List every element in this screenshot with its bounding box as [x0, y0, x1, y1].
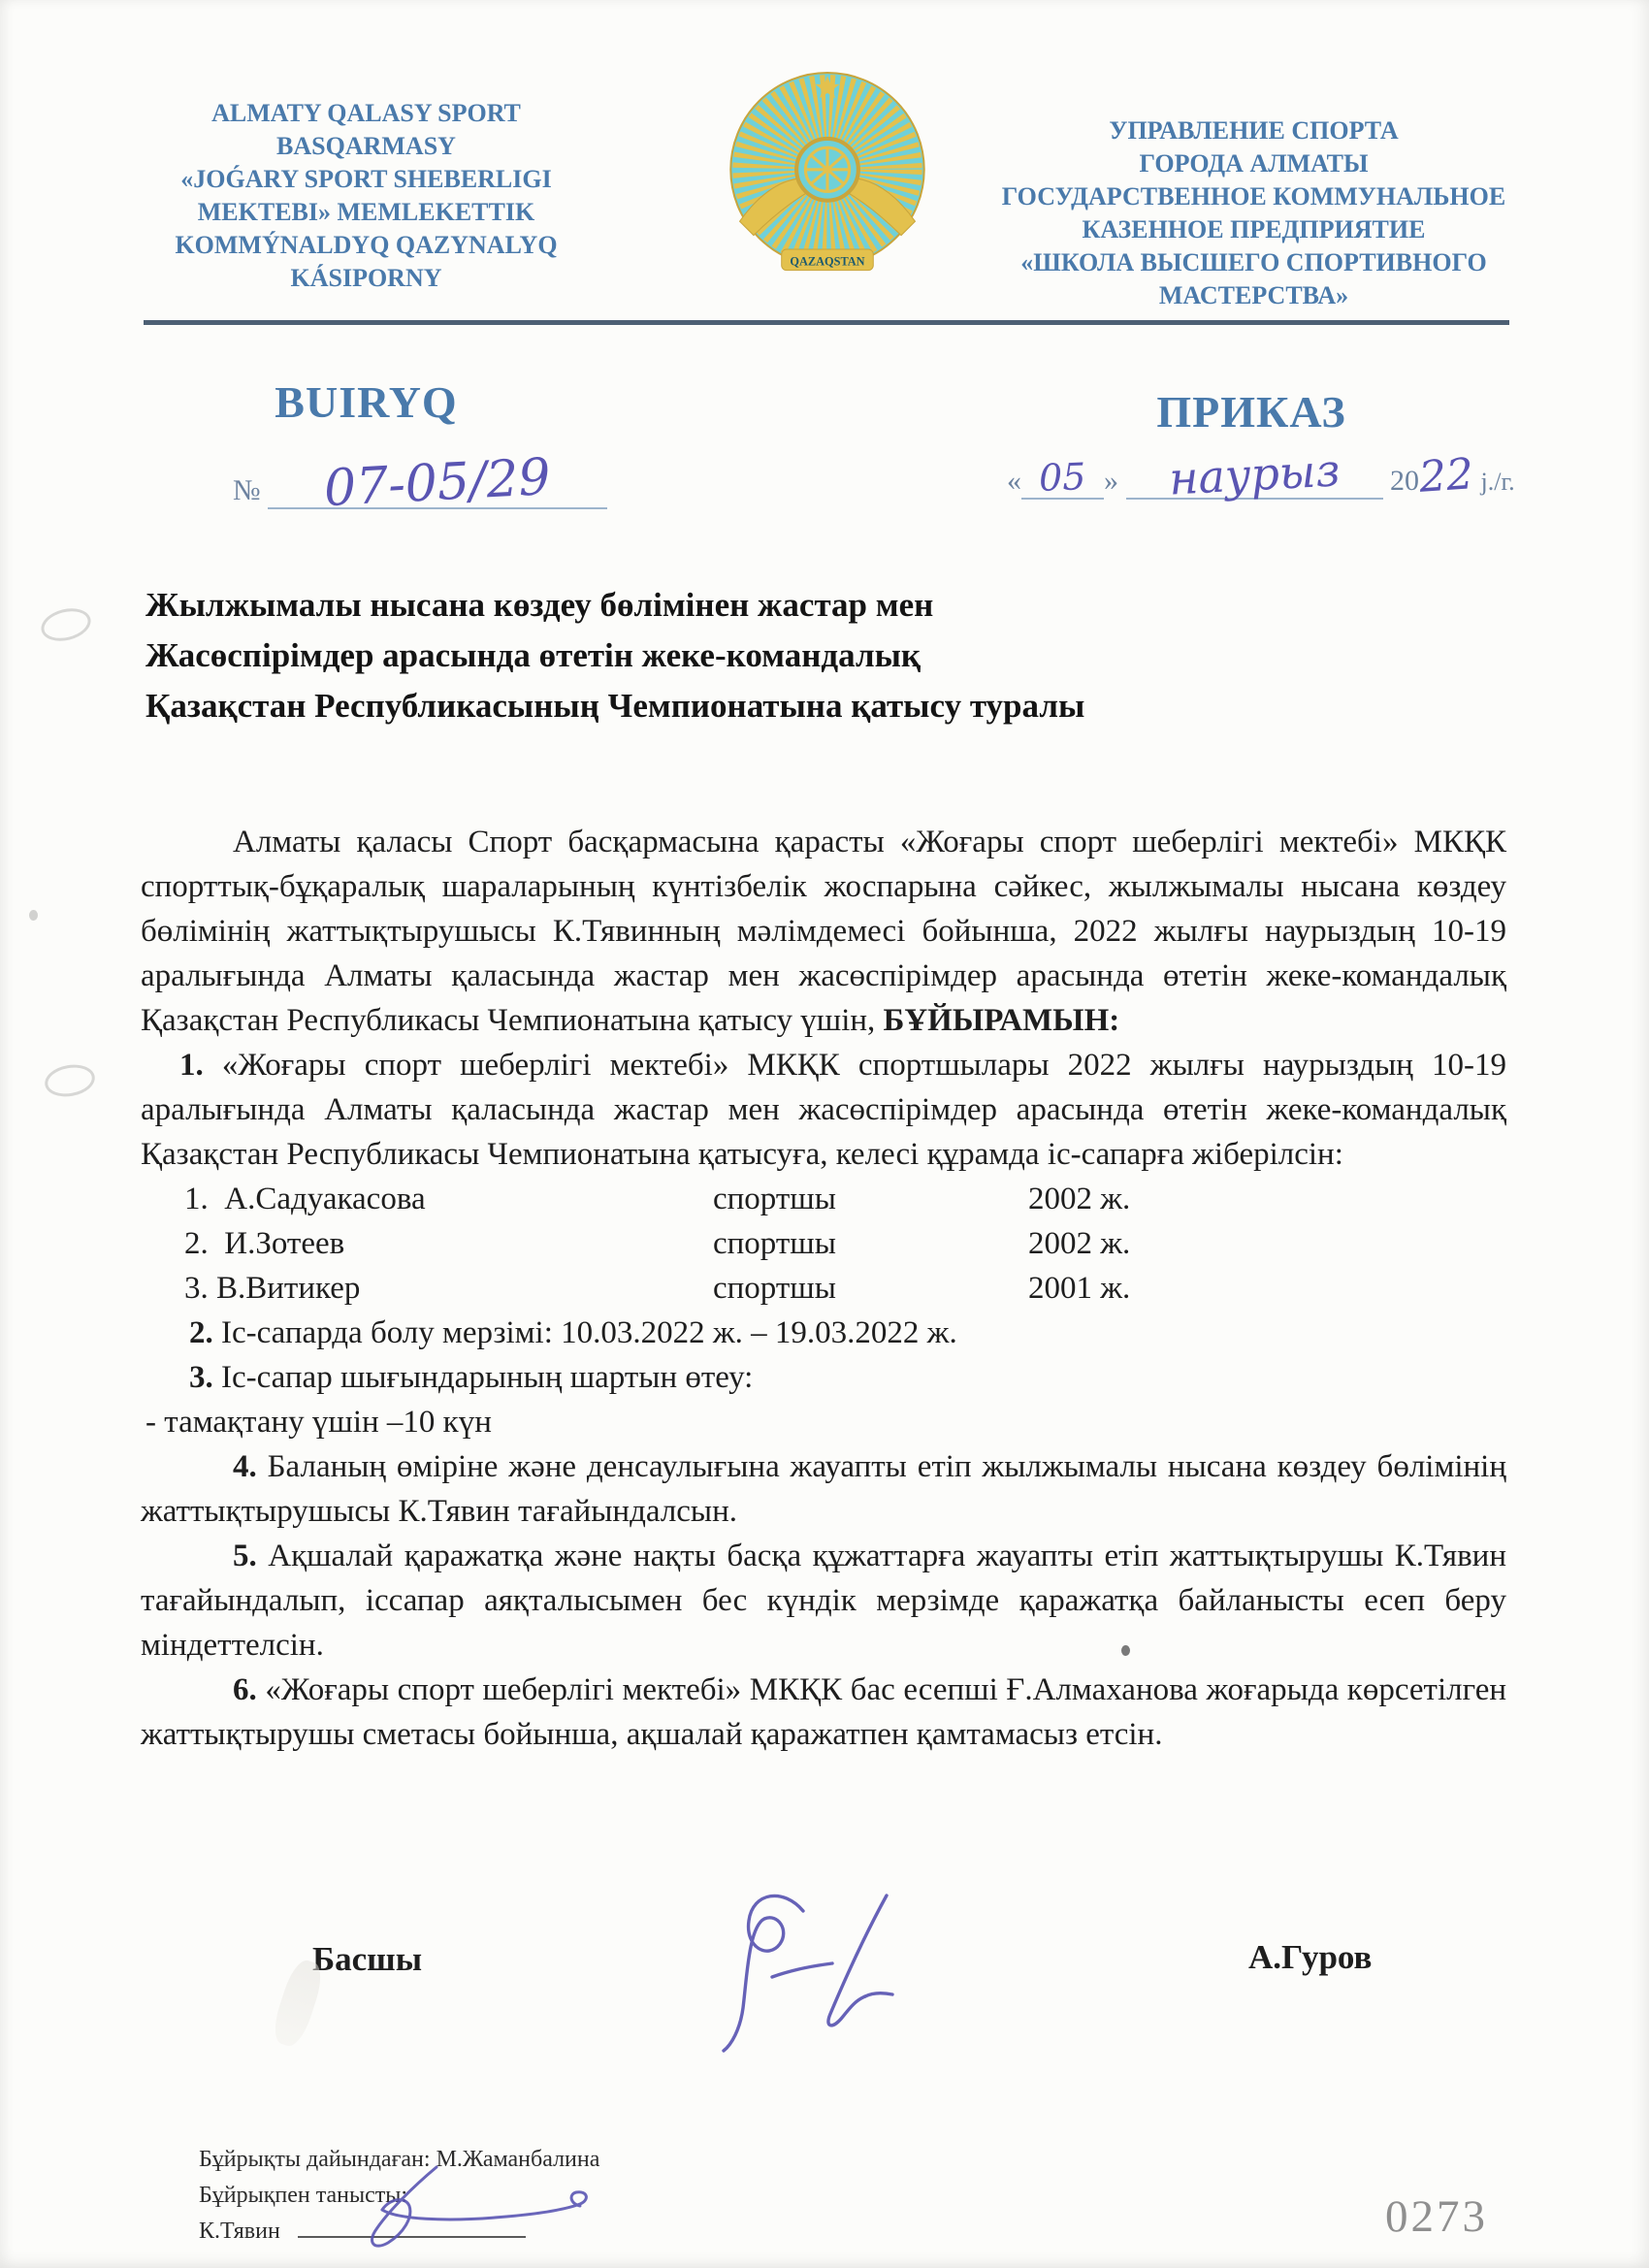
- item-text: «Жоғары спорт шеберлігі мектебі» МКҚК ба…: [141, 1672, 1506, 1752]
- item-1: 1. «Жоғары спорт шеберлігі мектебі» МКҚК…: [141, 1043, 1506, 1177]
- org-right-line: КАЗЕННОЕ ПРЕДПРИЯТИЕ: [975, 213, 1533, 246]
- year-prefix: 20: [1390, 465, 1419, 497]
- preamble-text: Алматы қаласы Спорт басқармасына қарасты…: [141, 825, 1506, 1038]
- director-signature: [679, 1884, 941, 2063]
- org-left-line: KOMMÝNALDYQ QAZYNALYQ: [145, 229, 587, 262]
- number-sign: №: [233, 474, 261, 506]
- item-2: 2. Іс-сапарда болу мерзімі: 10.03.2022 ж…: [141, 1311, 1506, 1355]
- org-name-kazakh: ALMATY QALASY SPORT BASQARMASY «JOǴARY S…: [145, 97, 587, 295]
- item-text: Баланың өміріне және денсаулығына жауапт…: [141, 1449, 1506, 1529]
- athlete-name: 1. А.Садуакасова: [184, 1177, 713, 1221]
- athlete-row: 1. А.Садуакасова спортшы 2002 ж.: [184, 1177, 1506, 1221]
- item-3: 3. Іс-сапар шығындарының шартын өтеу:: [141, 1355, 1506, 1400]
- item-5: 5. Ақшалай қаражатқа және нақты басқа құ…: [141, 1534, 1506, 1668]
- order-number-line: № 07-05/29: [233, 454, 607, 509]
- day-field: 05: [1021, 456, 1104, 500]
- preamble-paragraph: Алматы қаласы Спорт басқармасына қарасты…: [141, 820, 1506, 1043]
- athlete-year: 2002 ж.: [1028, 1221, 1130, 1266]
- subject-line: Жылжымалы нысана көздеу бөлімінен жастар…: [145, 580, 1164, 631]
- item-number: 5.: [233, 1539, 257, 1573]
- org-left-line: KÁSIPORNY: [145, 262, 587, 295]
- handwritten-day: 05: [1039, 455, 1087, 500]
- item-number: 2.: [189, 1315, 213, 1350]
- coach-signature: [320, 2161, 650, 2263]
- signer-name: А.Гуров: [1248, 1938, 1372, 1977]
- order-subject: Жылжымалы нысана көздеу бөлімінен жастар…: [145, 580, 1164, 731]
- month-field: наурыз: [1126, 448, 1383, 500]
- org-name-russian: УПРАВЛЕНИЕ СПОРТА ГОРОДА АЛМАТЫ ГОСУДАРС…: [975, 114, 1533, 312]
- hole-punch-mark: [43, 1061, 98, 1101]
- handwritten-order-number: 07-05/29: [323, 448, 552, 518]
- item-6: 6. «Жоғары спорт шеберлігі мектебі» МКҚК…: [141, 1668, 1506, 1757]
- close-quote: »: [1104, 465, 1118, 497]
- org-left-line: ALMATY QALASY SPORT: [145, 97, 587, 130]
- order-number-field: 07-05/29: [268, 454, 607, 509]
- order-body: Алматы қаласы Спорт басқармасына қарасты…: [141, 820, 1506, 1757]
- item-number: 4.: [233, 1449, 257, 1484]
- org-right-line: ГОСУДАРСТВЕННОЕ КОММУНАЛЬНОЕ: [975, 180, 1533, 213]
- item-4: 4. Баланың өміріне және денсаулығына жау…: [141, 1444, 1506, 1534]
- kazakhstan-coat-of-arms-icon: QAZAQSTAN: [727, 70, 927, 285]
- athlete-name: 2. И.Зотеев: [184, 1221, 713, 1266]
- emblem-banner-text: QAZAQSTAN: [790, 254, 864, 268]
- order-date-line: «05» наурыз 2022 j./г.: [1007, 448, 1515, 500]
- item-text: Іс-сапарда болу мерзімі: 10.03.2022 ж. –…: [221, 1315, 957, 1350]
- handwritten-month: наурыз: [1167, 443, 1341, 504]
- scan-speck: [29, 910, 38, 921]
- item-number: 1.: [179, 1048, 204, 1083]
- header-divider: [144, 320, 1509, 325]
- athlete-year: 2002 ж.: [1028, 1177, 1130, 1221]
- athlete-year: 2001 ж.: [1028, 1266, 1130, 1311]
- order-verb: БҰЙЫРАМЫН:: [884, 1003, 1120, 1038]
- item-text: Іс-сапар шығындарының шартын өтеу:: [221, 1360, 753, 1395]
- acquainted-name: К.Тявин: [199, 2219, 280, 2244]
- handwritten-year: 22: [1417, 449, 1474, 502]
- org-right-line: УПРАВЛЕНИЕ СПОРТА: [975, 114, 1533, 147]
- open-quote: «: [1007, 465, 1021, 497]
- org-left-line: BASQARMASY: [145, 130, 587, 163]
- org-right-line: ГОРОДА АЛМАТЫ: [975, 147, 1533, 180]
- item-text: Ақшалай қаражатқа және нақты басқа құжат…: [141, 1539, 1506, 1663]
- athlete-row: 2. И.Зотеев спортшы 2002 ж.: [184, 1221, 1506, 1266]
- item-number: 3.: [189, 1360, 213, 1395]
- athlete-name: 3. В.Витикер: [184, 1266, 713, 1311]
- org-right-line: «ШКОЛА ВЫСШЕГО СПОРТИВНОГО: [975, 246, 1533, 279]
- athlete-role: спортшы: [713, 1221, 1028, 1266]
- athlete-role: спортшы: [713, 1177, 1028, 1221]
- order-title-russian: ПРИКАЗ: [999, 386, 1503, 437]
- subject-line: Жасөспірімдер арасында өтетін жеке-коман…: [145, 631, 1164, 681]
- ink-speck: [1121, 1645, 1130, 1656]
- hole-punch-mark: [38, 603, 94, 646]
- order-title-kazakh: BUIRYQ: [145, 376, 587, 428]
- org-right-line: МАСТЕРСТВА»: [975, 279, 1533, 312]
- item-text: «Жоғары спорт шеберлігі мектебі» МКҚК сп…: [141, 1048, 1506, 1172]
- scanned-order-document: ALMATY QALASY SPORT BASQARMASY «JOǴARY S…: [0, 0, 1649, 2268]
- year-unit: j./г.: [1481, 468, 1515, 496]
- item-number: 6.: [233, 1672, 257, 1707]
- org-left-line: «JOǴARY SPORT SHEBERLIGI: [145, 163, 587, 196]
- subject-line: Қазақстан Республикасының Чемпионатына қ…: [145, 681, 1164, 731]
- item-3-subline: - тамақтану үшін –10 күн: [141, 1400, 1506, 1444]
- org-left-line: MEKTEBI» MEMLEKETTIK: [145, 196, 587, 229]
- athlete-role: спортшы: [713, 1266, 1028, 1311]
- scan-smudge: [269, 1957, 327, 2050]
- athlete-row: 3. В.Витикер спортшы 2001 ж.: [184, 1266, 1506, 1311]
- athlete-list: 1. А.Садуакасова спортшы 2002 ж. 2. И.Зо…: [141, 1177, 1506, 1311]
- page-number-stamp: 0273: [1385, 2190, 1488, 2243]
- signer-position: Басшы: [312, 1940, 422, 1979]
